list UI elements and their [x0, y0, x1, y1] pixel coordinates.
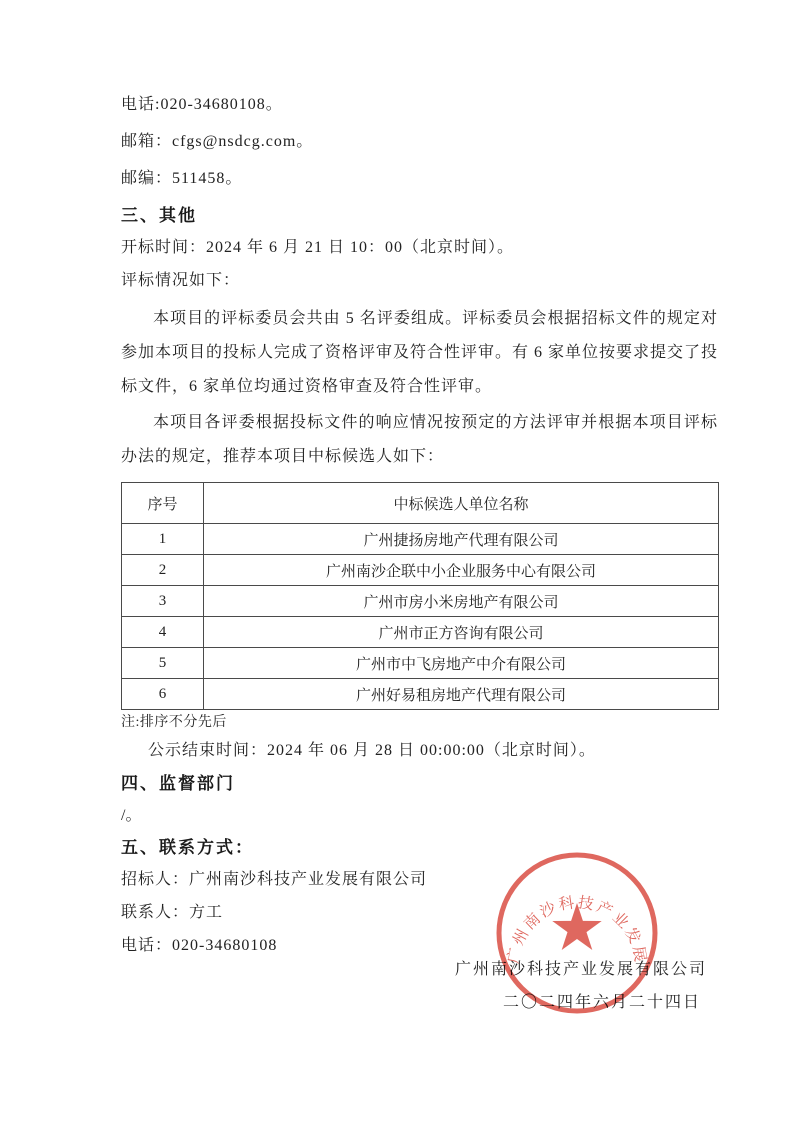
signature-company: 广州南沙科技产业发展有限公司: [455, 956, 707, 979]
row-candidate-name: 广州好易租房地产代理有限公司: [204, 679, 719, 710]
table-row: 4 广州市正方咨询有限公司: [122, 617, 719, 648]
evaluation-paragraph: 本项目的评标委员会共由 5 名评委组成。评标委员会根据招标文件的规定对参加本项目…: [121, 302, 718, 404]
bidder-line: 招标人：广州南沙科技产业发展有限公司: [121, 868, 718, 891]
phone-top-line: 电话:020-34680108。: [121, 93, 718, 116]
section4-heading: 四、监督部门: [121, 772, 718, 796]
publicity-end-line: 公示结束时间：2024 年 06 月 28 日 00:00:00（北京时间）。: [121, 739, 718, 762]
row-seq: 2: [122, 555, 204, 586]
open-time-line: 开标时间：2024 年 6 月 21 日 10：00（北京时间）。: [121, 236, 718, 259]
column-header-name: 中标候选人单位名称: [204, 483, 719, 524]
row-candidate-name: 广州市房小米房地产有限公司: [204, 586, 719, 617]
candidates-table: 序号 中标候选人单位名称 1 广州捷扬房地产代理有限公司 2 广州南沙企联中小企…: [121, 482, 719, 710]
document-content: 电话:020-34680108。 邮箱：cfgs@nsdcg.com。 邮编：5…: [121, 93, 718, 967]
table-row: 2 广州南沙企联中小企业服务中心有限公司: [122, 555, 719, 586]
phone-line: 电话：020-34680108: [121, 934, 718, 957]
row-seq: 3: [122, 586, 204, 617]
row-seq: 1: [122, 524, 204, 555]
document-page: 电话:020-34680108。 邮箱：cfgs@nsdcg.com。 邮编：5…: [0, 0, 794, 1122]
row-candidate-name: 广州市正方咨询有限公司: [204, 617, 719, 648]
section3-heading: 三、其他: [121, 204, 718, 228]
row-seq: 4: [122, 617, 204, 648]
contact-person-line: 联系人：方工: [121, 901, 718, 924]
row-candidate-name: 广州捷扬房地产代理有限公司: [204, 524, 719, 555]
recommendation-paragraph: 本项目各评委根据投标文件的响应情况按预定的方法评审并根据本项目评标办法的规定，推…: [121, 406, 718, 474]
row-seq: 5: [122, 648, 204, 679]
column-header-seq: 序号: [122, 483, 204, 524]
email-line: 邮箱：cfgs@nsdcg.com。: [121, 130, 718, 153]
table-row: 3 广州市房小米房地产有限公司: [122, 586, 719, 617]
row-candidate-name: 广州南沙企联中小企业服务中心有限公司: [204, 555, 719, 586]
table-header-row: 序号 中标候选人单位名称: [122, 483, 719, 524]
postcode-line: 邮编：511458。: [121, 167, 718, 190]
table-row: 5 广州市中飞房地产中介有限公司: [122, 648, 719, 679]
row-candidate-name: 广州市中飞房地产中介有限公司: [204, 648, 719, 679]
order-note: 注:排序不分先后: [121, 713, 718, 733]
table-row: 1 广州捷扬房地产代理有限公司: [122, 524, 719, 555]
row-seq: 6: [122, 679, 204, 710]
table-row: 6 广州好易租房地产代理有限公司: [122, 679, 719, 710]
signature-date: 二〇二四年六月二十四日: [503, 989, 701, 1012]
section4-content: /。: [121, 804, 718, 827]
section5-heading: 五、联系方式：: [121, 836, 718, 860]
eval-intro-line: 评标情况如下：: [121, 269, 718, 292]
